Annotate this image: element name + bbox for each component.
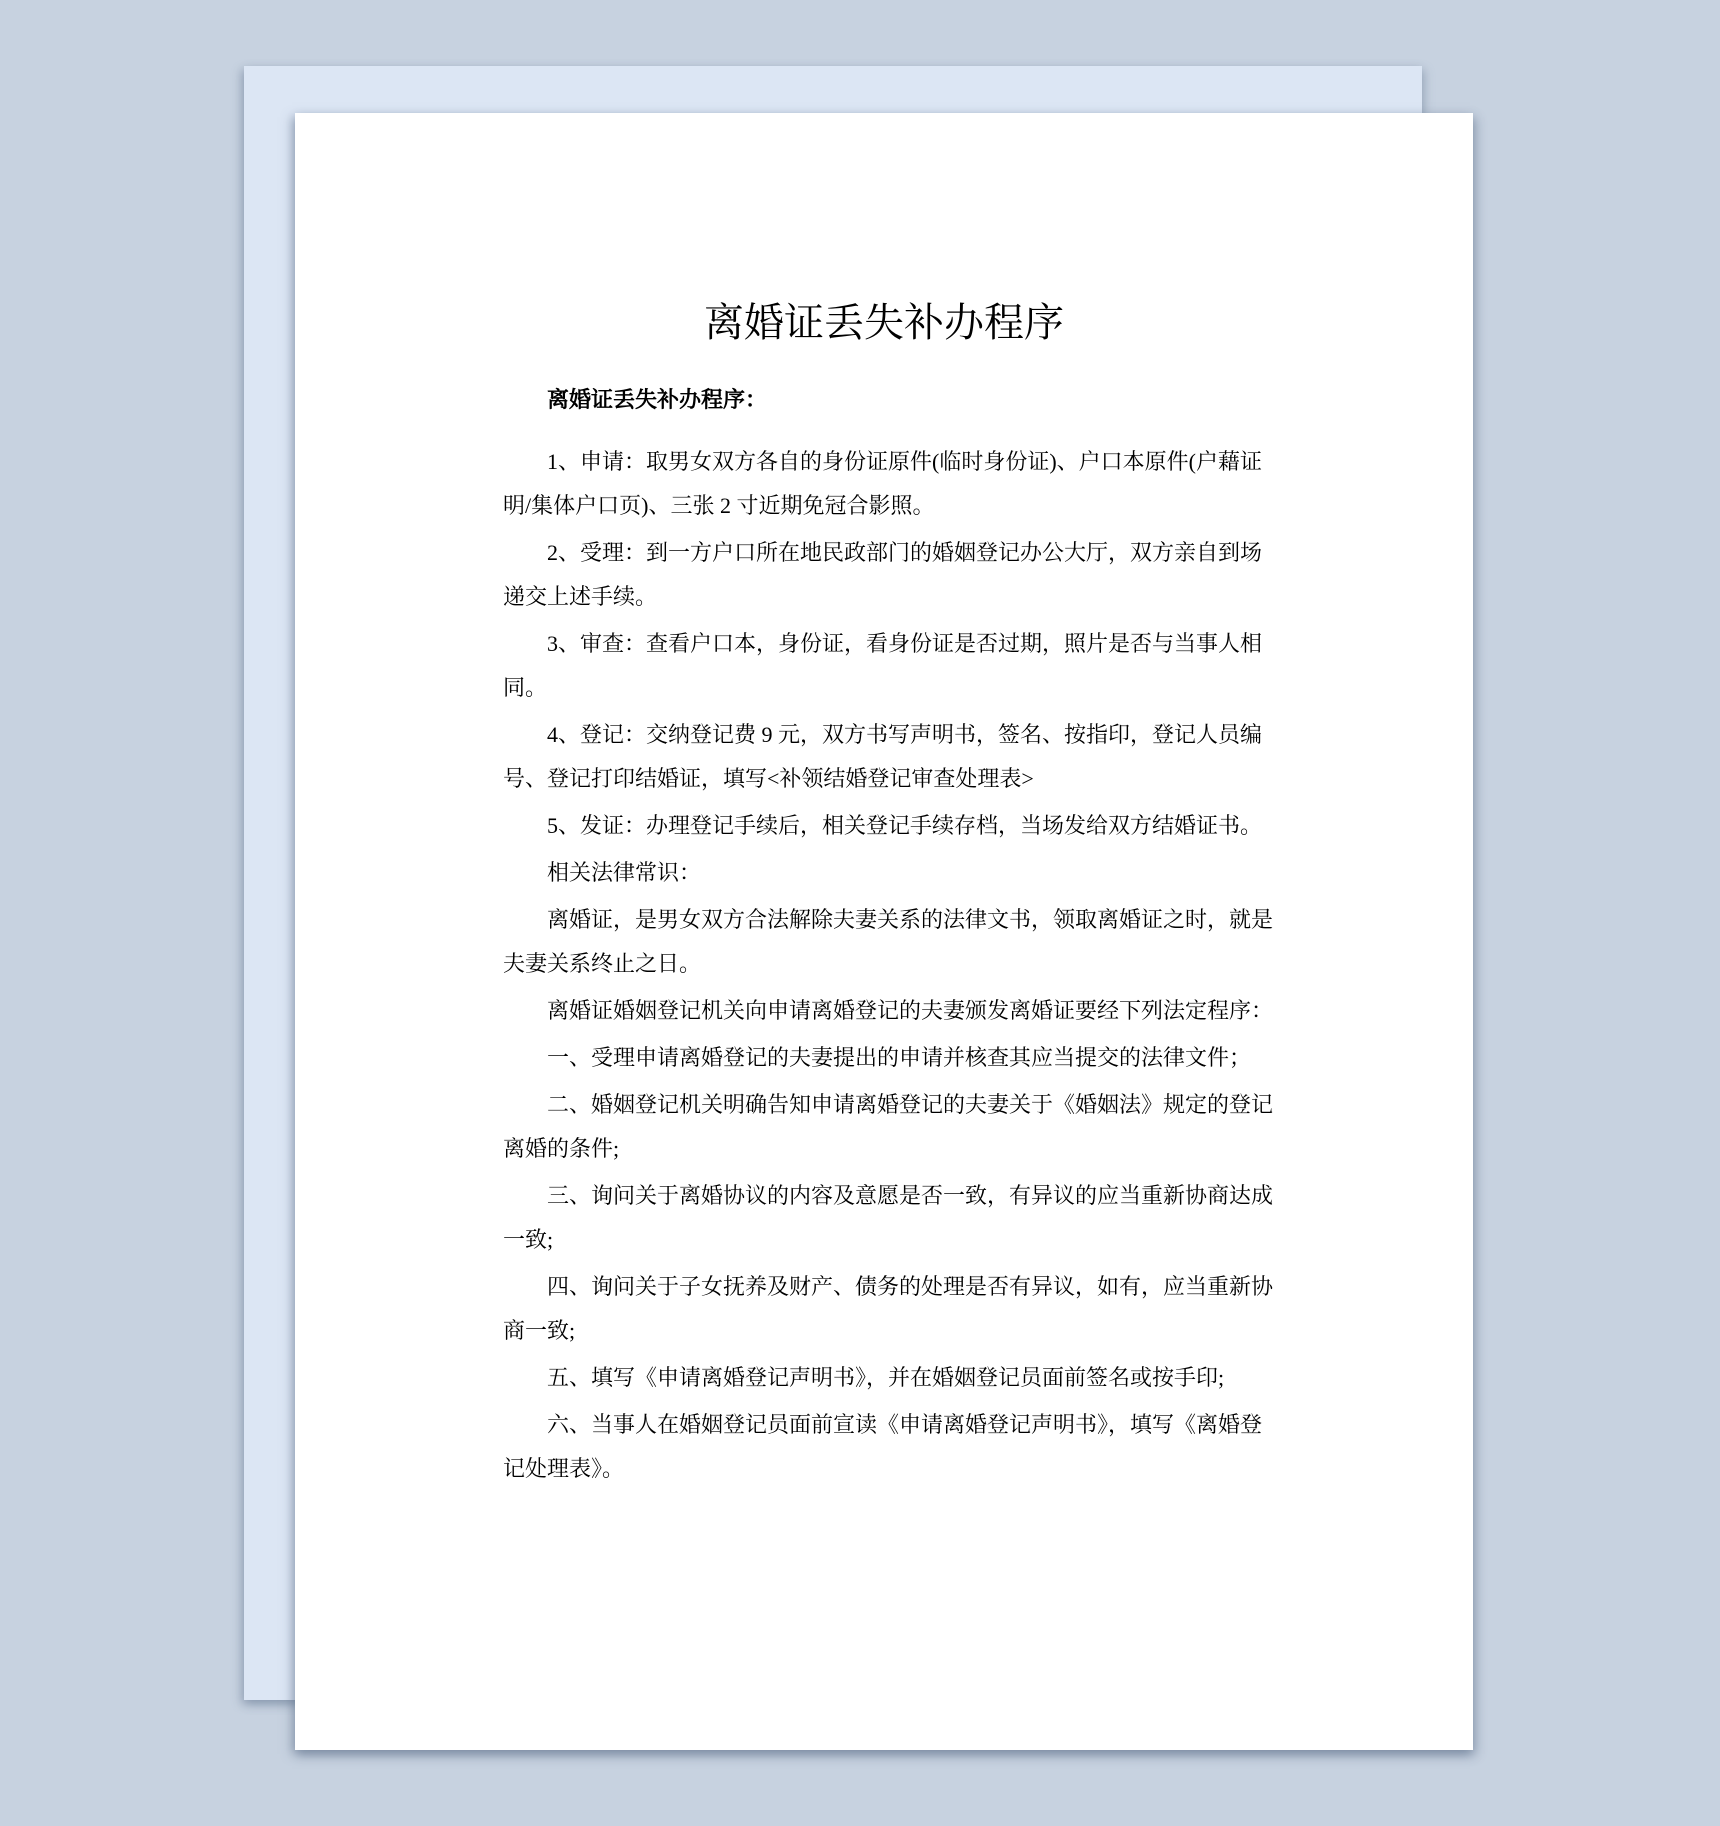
- text-line: 离婚的条件;: [503, 1127, 1413, 1171]
- text-line: 1、申请：取男女双方各自的身份证原件(临时身份证)、户口本原件(户藉证: [503, 440, 1413, 484]
- text-line: 5、发证：办理登记手续后，相关登记手续存档，当场发给双方结婚证书。: [503, 804, 1413, 848]
- desktop-background: { "document": { "title": "离婚证丢失补办程序", "p…: [0, 0, 1720, 1826]
- text-line: 3、审查：查看户口本，身份证，看身份证是否过期，照片是否与当事人相: [503, 622, 1413, 666]
- text-line: 夫妻关系终止之日。: [503, 942, 1413, 986]
- document-paragraph: 2、受理：到一方户口所在地民政部门的婚姻登记办公大厅，双方亲自到场递交上述手续。: [503, 531, 1413, 619]
- text-line: 离婚证，是男女双方合法解除夫妻关系的法律文书，领取离婚证之时，就是: [503, 898, 1413, 942]
- document-paragraph: 六、当事人在婚姻登记员面前宣读《申请离婚登记声明书》，填写《离婚登记处理表》。: [503, 1403, 1413, 1491]
- document-paragraph: 二、婚姻登记机关明确告知申请离婚登记的夫妻关于《婚姻法》规定的登记离婚的条件;: [503, 1083, 1413, 1171]
- document-paragraph: 离婚证婚姻登记机关向申请离婚登记的夫妻颁发离婚证要经下列法定程序：: [503, 989, 1413, 1033]
- document-paragraph: 1、申请：取男女双方各自的身份证原件(临时身份证)、户口本原件(户藉证明/集体户…: [503, 440, 1413, 528]
- text-line: 商一致;: [503, 1309, 1413, 1353]
- document-heading-paragraph: 离婚证丢失补办程序：: [503, 378, 1413, 422]
- text-line: 六、当事人在婚姻登记员面前宣读《申请离婚登记声明书》，填写《离婚登: [503, 1403, 1413, 1447]
- document-paragraph: 四、询问关于子女抚养及财产、债务的处理是否有异议，如有，应当重新协商一致;: [503, 1265, 1413, 1353]
- text-line: 三、询问关于离婚协议的内容及意愿是否一致，有异议的应当重新协商达成: [503, 1174, 1413, 1218]
- document-page: 离婚证丢失补办程序 离婚证丢失补办程序：1、申请：取男女双方各自的身份证原件(临…: [295, 113, 1473, 1750]
- document-paragraph: 4、登记：交纳登记费 9 元，双方书写声明书，签名、按指印，登记人员编号、登记打…: [503, 713, 1413, 801]
- text-line: 四、询问关于子女抚养及财产、债务的处理是否有异议，如有，应当重新协: [503, 1265, 1413, 1309]
- document-title: 离婚证丢失补办程序: [295, 299, 1473, 347]
- text-line: 一、受理申请离婚登记的夫妻提出的申请并核查其应当提交的法律文件；: [503, 1036, 1413, 1080]
- document-paragraph: 5、发证：办理登记手续后，相关登记手续存档，当场发给双方结婚证书。: [503, 804, 1413, 848]
- document-body: 离婚证丢失补办程序：1、申请：取男女双方各自的身份证原件(临时身份证)、户口本原…: [295, 378, 1473, 1491]
- text-line: 递交上述手续。: [503, 575, 1413, 619]
- text-line: 一致;: [503, 1218, 1413, 1262]
- text-line: 号、登记打印结婚证，填写<补领结婚登记审查处理表>: [503, 757, 1413, 801]
- text-line: 五、填写《申请离婚登记声明书》，并在婚姻登记员面前签名或按手印;: [503, 1356, 1413, 1400]
- document-paragraph: 三、询问关于离婚协议的内容及意愿是否一致，有异议的应当重新协商达成一致;: [503, 1174, 1413, 1262]
- text-line: 相关法律常识：: [503, 851, 1413, 895]
- document-paragraph: 3、审查：查看户口本，身份证，看身份证是否过期，照片是否与当事人相同。: [503, 622, 1413, 710]
- text-line: 明/集体户口页)、三张 2 寸近期免冠合影照。: [503, 484, 1413, 528]
- text-line: 4、登记：交纳登记费 9 元，双方书写声明书，签名、按指印，登记人员编: [503, 713, 1413, 757]
- text-line: 离婚证丢失补办程序：: [503, 378, 1413, 422]
- text-line: 二、婚姻登记机关明确告知申请离婚登记的夫妻关于《婚姻法》规定的登记: [503, 1083, 1413, 1127]
- text-line: 记处理表》。: [503, 1447, 1413, 1491]
- text-line: 2、受理：到一方户口所在地民政部门的婚姻登记办公大厅，双方亲自到场: [503, 531, 1413, 575]
- text-line: 离婚证婚姻登记机关向申请离婚登记的夫妻颁发离婚证要经下列法定程序：: [503, 989, 1413, 1033]
- text-line: 同。: [503, 666, 1413, 710]
- document-paragraph: 五、填写《申请离婚登记声明书》，并在婚姻登记员面前签名或按手印;: [503, 1356, 1413, 1400]
- document-paragraph: 一、受理申请离婚登记的夫妻提出的申请并核查其应当提交的法律文件；: [503, 1036, 1413, 1080]
- document-paragraph: 相关法律常识：: [503, 851, 1413, 895]
- document-paragraph: 离婚证，是男女双方合法解除夫妻关系的法律文书，领取离婚证之时，就是夫妻关系终止之…: [503, 898, 1413, 986]
